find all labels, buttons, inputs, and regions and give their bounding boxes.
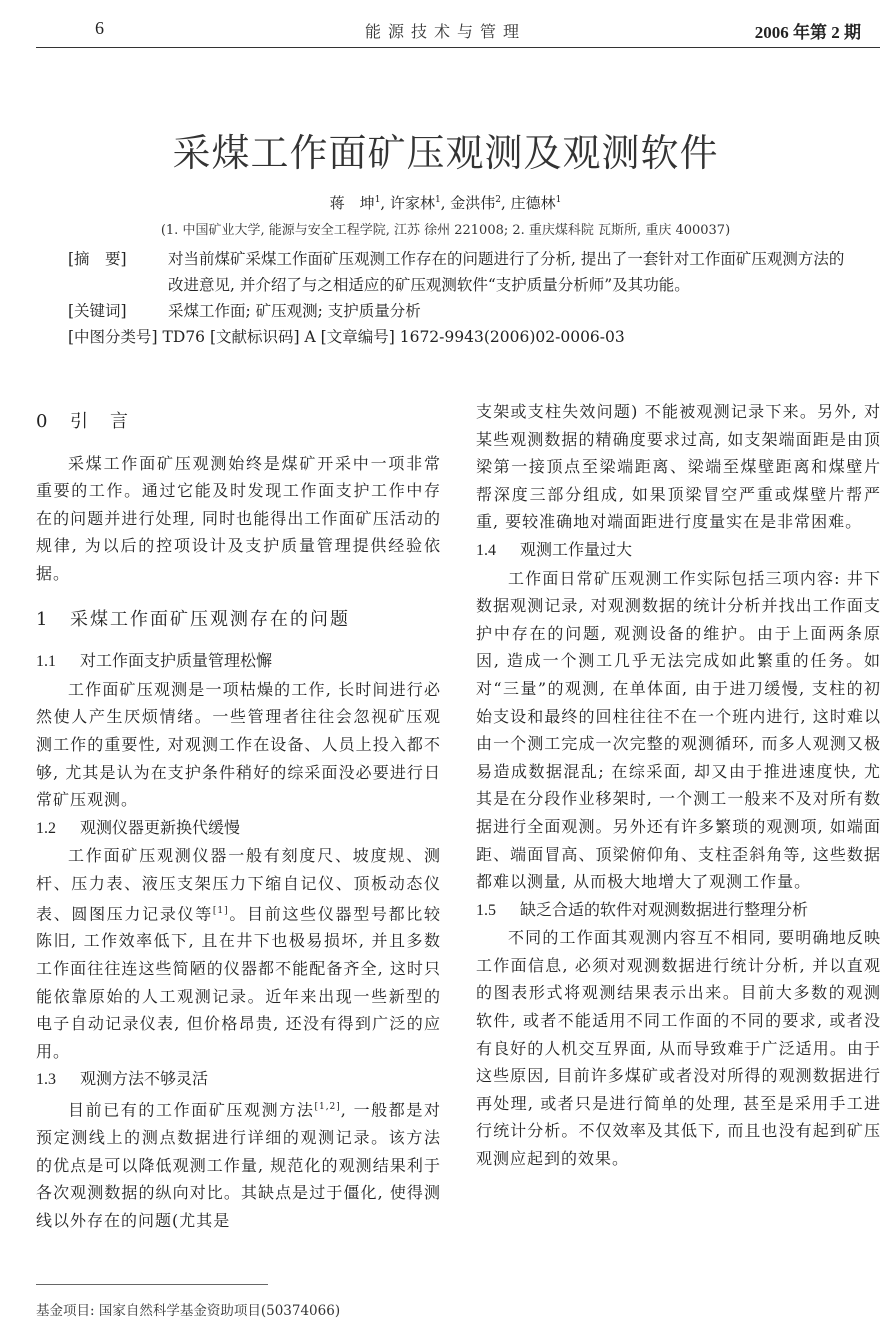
section-number: 0 xyxy=(36,408,70,436)
section-title: 引 言 xyxy=(70,411,130,432)
subsection-number: 1.5 xyxy=(476,897,520,925)
section-heading-0: 0引 言 xyxy=(36,408,441,436)
abstract-label: [摘 要] xyxy=(68,246,168,298)
author-affiliation-mark: 1 xyxy=(435,195,441,205)
article-title: 采煤工作面矿压观测及观测软件 xyxy=(0,122,891,177)
abstract-row: [摘 要] 对当前煤矿采煤工作面矿压观测工作存在的问题进行了分析, 提出了一套针… xyxy=(68,246,858,298)
subsection-title: 观测方法不够灵活 xyxy=(80,1069,208,1088)
left-column: 0引 言 采煤工作面矿压观测始终是煤矿开采中一项非常重要的工作。通过它能及时发现… xyxy=(36,398,441,1234)
paragraph: 工作面日常矿压观测工作实际包括三项内容: 井下数据观测记录, 对观测数据的统计分… xyxy=(476,565,881,896)
footnote-rule xyxy=(36,1284,268,1285)
subsection-number: 1.2 xyxy=(36,815,80,843)
citation-ref: [1,2] xyxy=(314,1102,340,1112)
author: 金洪伟 xyxy=(450,194,495,212)
right-column: 支架或支柱失效问题) 不能被观测记录下来。另外, 对某些观测数据的精确度要求过高… xyxy=(476,398,881,1173)
subsection-heading-1-3: 1.3观测方法不够灵活 xyxy=(36,1065,441,1094)
subsection-number: 1.1 xyxy=(36,648,80,676)
article-no-label: [文章编号] xyxy=(321,324,395,350)
paragraph: 工作面矿压观测是一项枯燥的工作, 长时间进行必然使人产生厌烦情绪。一些管理者往往… xyxy=(36,676,441,814)
section-title: 采煤工作面矿压观测存在的问题 xyxy=(70,609,350,630)
paragraph: 不同的工作面其观测内容互不相同, 要明确地反映工作面信息, 必须对观测数据进行统… xyxy=(476,924,881,1172)
article-no-value: 1672-9943(2006)02-0006-03 xyxy=(400,324,625,350)
keywords-row: [关键词] 采煤工作面; 矿压观测; 支护质量分析 xyxy=(68,298,858,324)
abstract-block: [摘 要] 对当前煤矿采煤工作面矿压观测工作存在的问题进行了分析, 提出了一套针… xyxy=(68,246,858,350)
paragraph-text: , 一般都是对预定测线上的测点数据进行详细的观测记录。该方法的优点是可以降低观测… xyxy=(36,1100,441,1229)
author: 许家林 xyxy=(390,194,435,212)
subsection-heading-1-2: 1.2观测仪器更新换代缓慢 xyxy=(36,814,441,843)
keywords-text: 采煤工作面; 矿压观测; 支护质量分析 xyxy=(168,298,858,324)
funding-footnote: 基金项目: 国家自然科学基金资助项目(50374066) xyxy=(36,1299,340,1319)
section-heading-1: 1采煤工作面矿压观测存在的问题 xyxy=(36,606,441,634)
author-affiliation-mark: 2 xyxy=(495,195,501,205)
author: 蒋 坤 xyxy=(330,194,375,212)
paragraph: 工作面矿压观测仪器一般有刻度尺、坡度规、测杆、压力表、液压支架压力下缩自记仪、顶… xyxy=(36,842,441,1065)
paragraph: 采煤工作面矿压观测始终是煤矿开采中一项非常重要的工作。通过它能及时发现工作面支护… xyxy=(36,450,441,588)
subsection-title: 对工作面支护质量管理松懈 xyxy=(80,651,272,670)
doc-code-value: A xyxy=(305,324,316,350)
doc-code-label: [文献标识码] xyxy=(210,324,300,350)
subsection-title: 观测工作量过大 xyxy=(520,540,632,559)
citation-ref: [1] xyxy=(213,906,229,916)
affiliations: (1. 中国矿业大学, 能源与安全工程学院, 江苏 徐州 221008; 2. … xyxy=(0,219,891,238)
classification-label: [中图分类号] xyxy=(68,324,158,350)
author-affiliation-mark: 1 xyxy=(556,195,562,205)
subsection-title: 缺乏合适的软件对观测数据进行整理分析 xyxy=(520,900,808,919)
subsection-title: 观测仪器更新换代缓慢 xyxy=(80,818,240,837)
subsection-number: 1.4 xyxy=(476,537,520,565)
paragraph-continued: 支架或支柱失效问题) 不能被观测记录下来。另外, 对某些观测数据的精确度要求过高… xyxy=(476,398,881,536)
paragraph-text: 目前已有的工作面矿压观测方法 xyxy=(68,1100,314,1119)
paragraph: 目前已有的工作面矿压观测方法[1,2], 一般都是对预定测线上的测点数据进行详细… xyxy=(36,1094,441,1234)
classification-value: TD76 xyxy=(163,324,206,350)
section-number: 1 xyxy=(36,606,70,634)
keywords-label: [关键词] xyxy=(68,298,168,324)
subsection-heading-1-5: 1.5缺乏合适的软件对观测数据进行整理分析 xyxy=(476,896,881,925)
classification-row: [中图分类号] TD76 [文献标识码] A [文章编号] 1672-9943(… xyxy=(68,324,858,350)
subsection-heading-1-4: 1.4观测工作量过大 xyxy=(476,536,881,565)
header-rule xyxy=(36,47,880,48)
author-list: 蒋 坤1, 许家林1, 金洪伟2, 庄德林1 xyxy=(0,192,891,213)
paragraph-text: 。目前这些仪器型号都比较陈旧, 工作效率低下, 且在井下也极易损坏, 并且多数工… xyxy=(36,904,441,1061)
author-affiliation-mark: 1 xyxy=(375,195,381,205)
issue-label: 2006 年第 2 期 xyxy=(755,18,861,43)
subsection-number: 1.3 xyxy=(36,1066,80,1094)
subsection-heading-1-1: 1.1对工作面支护质量管理松懈 xyxy=(36,647,441,676)
abstract-text: 对当前煤矿采煤工作面矿压观测工作存在的问题进行了分析, 提出了一套针对工作面矿压… xyxy=(168,246,858,298)
author: 庄德林 xyxy=(511,194,556,212)
